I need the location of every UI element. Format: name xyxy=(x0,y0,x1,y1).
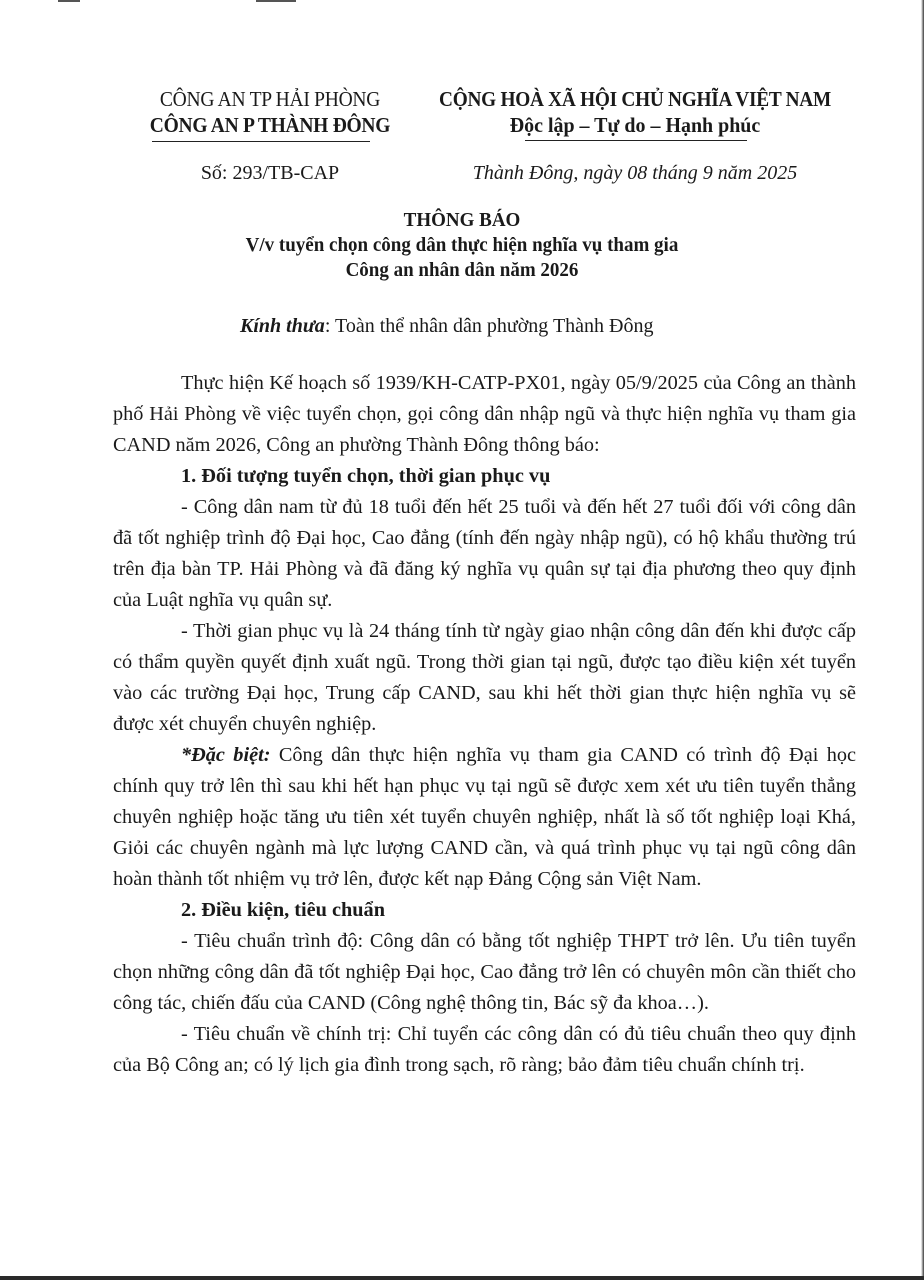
special-note-paragraph: *Đặc biệt: Công dân thực hiện nghĩa vụ t… xyxy=(113,740,856,895)
special-note-label: *Đặc biệt: xyxy=(181,744,270,766)
section-1-heading: 1. Đối tượng tuyển chọn, thời gian phục … xyxy=(113,461,856,492)
section-1-paragraph-1: - Công dân nam từ đủ 18 tuổi đến hết 25 … xyxy=(113,492,856,616)
place-date: Thành Đông, ngày 08 tháng 9 năm 2025 xyxy=(415,160,855,186)
document-title: THÔNG BÁO xyxy=(118,208,806,233)
national-header: CỘNG HOÀ XÃ HỘI CHỦ NGHĨA VIỆT NAM Độc l… xyxy=(415,86,855,138)
agency-header: CÔNG AN TP HẢI PHÒNG CÔNG AN P THÀNH ĐÔN… xyxy=(125,86,415,138)
document-number: Số: 293/TB-CAP xyxy=(125,160,415,186)
scan-top-marks xyxy=(0,0,924,6)
document-title-block: THÔNG BÁO V/v tuyển chọn công dân thực h… xyxy=(100,208,824,283)
salutation-text: : Toàn thể nhân dân phường Thành Đông xyxy=(325,315,654,337)
intro-paragraph: Thực hiện Kế hoạch số 1939/KH-CATP-PX01,… xyxy=(113,368,856,461)
national-motto: Độc lập – Tự do – Hạnh phúc xyxy=(426,112,844,138)
salutation: Kính thưa: Toàn thể nhân dân phường Thàn… xyxy=(240,313,653,339)
document-body: Thực hiện Kế hoạch số 1939/KH-CATP-PX01,… xyxy=(113,368,856,1081)
section-1-paragraph-2: - Thời gian phục vụ là 24 tháng tính từ … xyxy=(113,616,856,740)
document-page: CÔNG AN TP HẢI PHÒNG CÔNG AN P THÀNH ĐÔN… xyxy=(0,0,924,1280)
scan-edge-bottom xyxy=(0,1276,924,1280)
subject-line-1: V/v tuyển chọn công dân thực hiện nghĩa … xyxy=(118,233,806,258)
salutation-label: Kính thưa xyxy=(240,315,325,337)
agency-underline xyxy=(152,141,370,142)
country-name: CỘNG HOÀ XÃ HỘI CHỦ NGHĨA VIỆT NAM xyxy=(433,86,838,112)
section-2-paragraph-1: - Tiêu chuẩn trình độ: Công dân có bằng … xyxy=(113,926,856,1019)
motto-underline xyxy=(525,140,747,141)
section-2-paragraph-2: - Tiêu chuẩn về chính trị: Chỉ tuyển các… xyxy=(113,1019,856,1081)
subject-line-2: Công an nhân dân năm 2026 xyxy=(118,258,806,283)
agency-parent: CÔNG AN TP HẢI PHÒNG xyxy=(135,86,405,112)
section-2-heading: 2. Điều kiện, tiêu chuẩn xyxy=(113,895,856,926)
agency-name: CÔNG AN P THÀNH ĐÔNG xyxy=(135,112,405,138)
